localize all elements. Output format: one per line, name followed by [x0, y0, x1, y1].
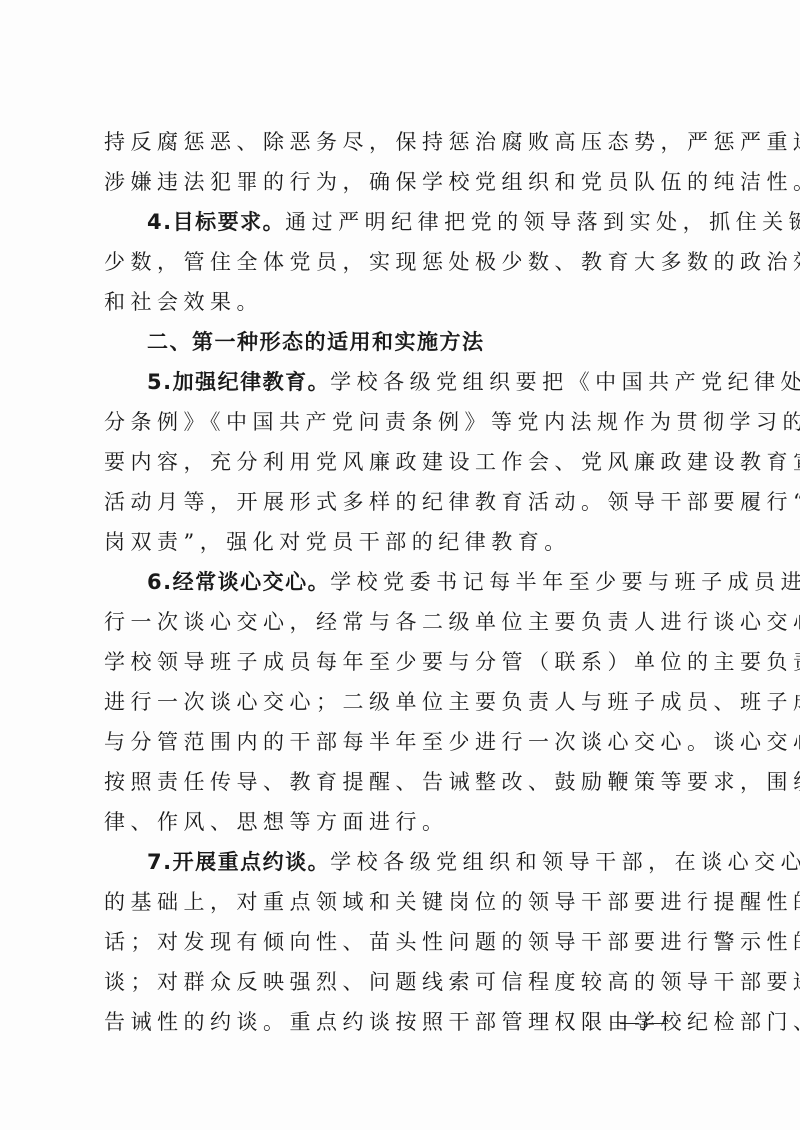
text-line: 持反腐惩恶、除恶务尽，保持惩治腐败高压态势，严惩严重违纪	[104, 122, 698, 162]
item-5-title: 5.加强纪律教育。	[147, 370, 330, 394]
item-4-text: 通过严明纪律把党的领导落到实处，抓住关键	[285, 210, 800, 234]
page-number: —3—	[620, 1012, 668, 1034]
text-line: 行一次谈心交心，经常与各二级单位主要负责人进行谈心交心；	[104, 602, 698, 642]
item-7-first-line: 7.开展重点约谈。学校各级党组织和领导干部，在谈心交心	[104, 842, 698, 882]
text-line: 少数，管住全体党员，实现惩处极少数、教育大多数的政治效果	[104, 242, 698, 282]
text-line: 岗双责”，强化对党员干部的纪律教育。	[104, 522, 698, 562]
item-6-text: 学校党委书记每半年至少要与班子成员进	[330, 570, 800, 594]
text-line: 律、作风、思想等方面进行。	[104, 802, 698, 842]
section-heading: 二、第一种形态的适用和实施方法	[104, 322, 698, 362]
text-line: 学校领导班子成员每年至少要与分管（联系）单位的主要负责人	[104, 642, 698, 682]
text-line: 谈；对群众反映强烈、问题线索可信程度较高的领导干部要进行	[104, 962, 698, 1002]
item-4-title: 4.目标要求。	[147, 210, 285, 234]
text-line: 分条例》《中国共产党问责条例》等党内法规作为贯彻学习的重	[104, 402, 698, 442]
text-line: 告诫性的约谈。重点约谈按照干部管理权限由学校纪检部门、组	[104, 1002, 698, 1042]
text-line: 要内容，充分利用党风廉政建设工作会、党风廉政建设教育宣传	[104, 442, 698, 482]
text-line: 话；对发现有倾向性、苗头性问题的领导干部要进行警示性的约	[104, 922, 698, 962]
item-5-text: 学校各级党组织要把《中国共产党纪律处	[330, 370, 800, 394]
item-5-first-line: 5.加强纪律教育。学校各级党组织要把《中国共产党纪律处	[104, 362, 698, 402]
item-4-first-line: 4.目标要求。通过严明纪律把党的领导落到实处，抓住关键	[104, 202, 698, 242]
item-7-title: 7.开展重点约谈。	[147, 850, 330, 874]
document-body: 持反腐惩恶、除恶务尽，保持惩治腐败高压态势，严惩严重违纪 涉嫌违法犯罪的行为，确…	[104, 122, 698, 1042]
text-line: 的基础上，对重点领域和关键岗位的领导干部要进行提醒性的谈	[104, 882, 698, 922]
text-line: 进行一次谈心交心；二级单位主要负责人与班子成员、班子成员	[104, 682, 698, 722]
text-line: 与分管范围内的干部每半年至少进行一次谈心交心。谈心交心要	[104, 722, 698, 762]
text-line: 按照责任传导、教育提醒、告诫整改、鼓励鞭策等要求，围绕纪	[104, 762, 698, 802]
document-page: 持反腐惩恶、除恶务尽，保持惩治腐败高压态势，严惩严重违纪 涉嫌违法犯罪的行为，确…	[0, 0, 800, 1130]
item-6-first-line: 6.经常谈心交心。学校党委书记每半年至少要与班子成员进	[104, 562, 698, 602]
text-line: 涉嫌违法犯罪的行为，确保学校党组织和党员队伍的纯洁性。	[104, 162, 698, 202]
item-7-text: 学校各级党组织和领导干部，在谈心交心	[330, 850, 800, 874]
item-6-title: 6.经常谈心交心。	[147, 570, 330, 594]
text-line: 和社会效果。	[104, 282, 698, 322]
text-line: 活动月等，开展形式多样的纪律教育活动。领导干部要履行“一	[104, 482, 698, 522]
